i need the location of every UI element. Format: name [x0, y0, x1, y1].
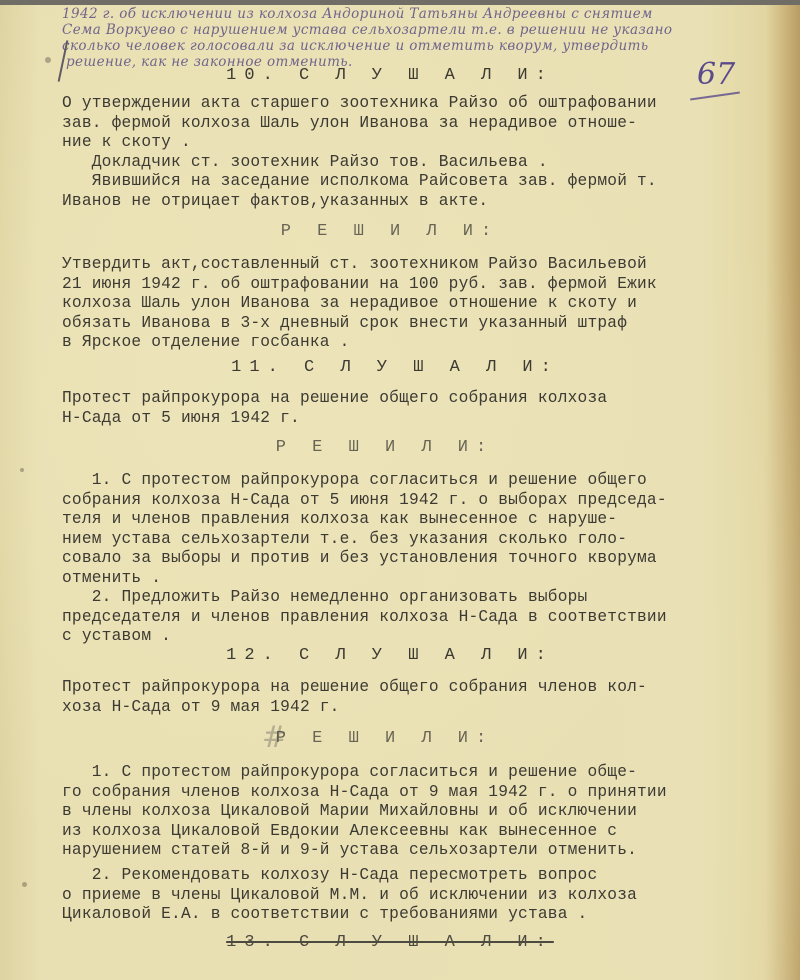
text-line: ние к скоту . [62, 133, 657, 153]
text-line: колхоза Шаль улон Иванова за нерадивое о… [62, 294, 657, 314]
paper-spot [22, 882, 27, 887]
section-10-heading: 10. С Л У Ш А Л И: [0, 66, 790, 85]
text-line: 1. С протестом райпрокурора согласиться … [62, 763, 667, 783]
text-line: из колхоза Цикаловой Евдокии Алексеевны … [62, 822, 667, 842]
text-line: совало за выборы и против и без установл… [62, 549, 667, 569]
section-11-heading: 11. С Л У Ш А Л И: [0, 358, 795, 377]
section-12-decided-item-2: 2. Рекомендовать колхозу Н-Сада пересмот… [62, 866, 637, 925]
text-line: Докладчик ст. зоотехник Райзо тов. Васил… [62, 153, 657, 173]
section-12-heading: 12. С Л У Ш А Л И: [0, 646, 790, 665]
section-11-decided-heading: Р Е Ш И Л И: [0, 438, 785, 457]
section-12-heard: Протест райпрокурора на решение общего с… [62, 678, 647, 717]
text-line: председателя и членов правления колхоза … [62, 608, 667, 628]
text-line: Явившийся на заседание исполкома Райсове… [62, 172, 657, 192]
section-10-decided: Утвердить акт,составленный ст. зоотехник… [62, 255, 657, 353]
handwritten-annotation: 1942 г. об исключении из колхоза Андорин… [62, 6, 782, 70]
struck-section-13-heading: 13. С Л У Ш А Л И: [0, 933, 790, 952]
text-line: отменить . [62, 569, 667, 589]
section-10-heard: О утверждении акта старшего зоотехника Р… [62, 94, 657, 211]
text-line: Протест райпрокурора на решение общего с… [62, 678, 647, 698]
text-line: 21 июня 1942 г. об оштрафовании на 100 р… [62, 275, 657, 295]
section-11-decided: 1. С протестом райпрокурора согласиться … [62, 471, 667, 647]
text-line: Иванов не отрицает фактов,указанных в ак… [62, 192, 657, 212]
text-line: 1. С протестом райпрокурора согласиться … [62, 471, 667, 491]
section-11-heard: Протест райпрокурора на решение общего с… [62, 389, 607, 428]
section-12-decided-heading: Р Е Ш И Л И: [0, 729, 785, 748]
text-line: теля и членов правления колхоза как выне… [62, 510, 667, 530]
text-line: 2. Рекомендовать колхозу Н-Сада пересмот… [62, 866, 637, 886]
text-line: хоза Н-Сада от 9 мая 1942 г. [62, 698, 647, 718]
text-line: 2. Предложить Райзо немедленно организов… [62, 588, 667, 608]
text-line: в члены колхоза Цикаловой Марии Михайлов… [62, 802, 667, 822]
text-line: нарушением статей 8-й и 9-й устава сельх… [62, 841, 667, 861]
text-line: обязать Иванова в 3-х дневный срок внест… [62, 314, 657, 334]
section-12-decided: 1. С протестом райпрокурора согласиться … [62, 763, 667, 861]
handwritten-line: 1942 г. об исключении из колхоза Андорин… [62, 6, 782, 22]
handwritten-line: сколько человек голосовали за исключение… [62, 38, 782, 54]
text-line: Цикаловой Е.А. в соответствии с требован… [62, 905, 637, 925]
text-line: О утверждении акта старшего зоотехника Р… [62, 94, 657, 114]
text-line: Утвердить акт,составленный ст. зоотехник… [62, 255, 657, 275]
paper-spot [45, 57, 51, 63]
text-line: го собрания членов колхоза Н-Сада от 9 м… [62, 783, 667, 803]
text-line: в Ярское отделение госбанка . [62, 333, 657, 353]
text-line: нием устава сельхозартели т.е. без указа… [62, 530, 667, 550]
text-line: Протест райпрокурора на решение общего с… [62, 389, 607, 409]
text-line: собрания колхоза Н-Сада от 5 июня 1942 г… [62, 491, 667, 511]
text-line: о приеме в члены Цикаловой М.М. и об иск… [62, 886, 637, 906]
text-line: зав. фермой колхоза Шаль улон Иванова за… [62, 114, 657, 134]
text-line: с уставом . [62, 627, 667, 647]
handwritten-line: Сема Воркуево с нарушением устава сельхо… [62, 22, 782, 38]
section-10-decided-heading: Р Е Ш И Л И: [0, 222, 790, 241]
text-line: Н-Сада от 5 июня 1942 г. [62, 409, 607, 429]
paper-spot [20, 468, 24, 472]
